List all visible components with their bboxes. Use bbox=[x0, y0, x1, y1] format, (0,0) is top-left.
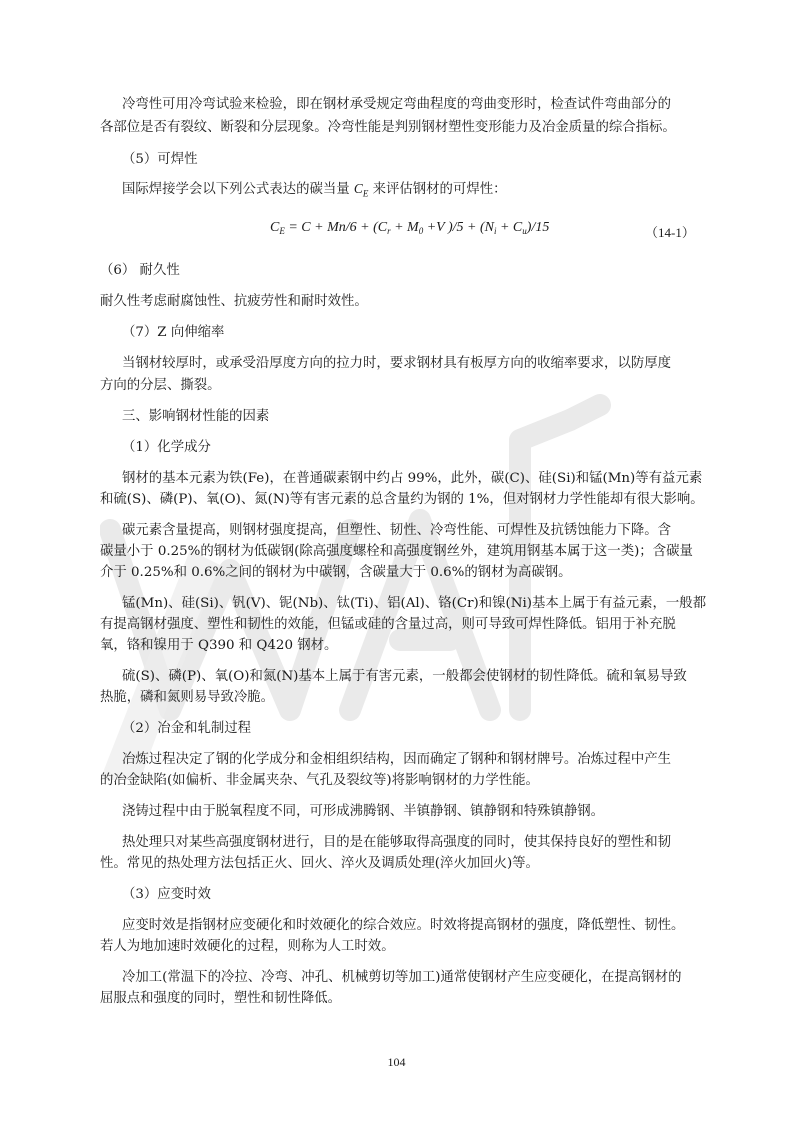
paragraph-line: 锰(Mn)、硅(Si)、钒(V)、铌(Nb)、钛(Ti)、铝(Al)、铬(Cr)… bbox=[122, 595, 706, 613]
paragraph-line: 国际焊接学会以下列公式表达的碳当量 CE 来评估钢材的可焊性： bbox=[122, 180, 507, 203]
text-span: 国际焊接学会以下列公式表达的碳当量 bbox=[122, 182, 354, 197]
formula-term: C bbox=[270, 220, 279, 235]
paragraph-line: 碳量小于 0.25%的钢材为低碳钢(除高强度螺栓和高强度钢丝外，建筑用钢基本属于… bbox=[100, 543, 693, 561]
formula-term: = C + Mn bbox=[285, 220, 346, 235]
paragraph-line: 硫(S)、磷(P)、氧(O)和氮(N)基本上属于有害元素，一般都会使钢材的韧性降… bbox=[122, 668, 687, 686]
section-heading-chemical: （1）化学成分 bbox=[122, 439, 211, 457]
section-heading-strain-aging: （3）应变时效 bbox=[122, 886, 211, 904]
paragraph-line: 热处理只对某些高强度钢材进行，目的是在能够取得高强度的同时，使其保持良好的塑性和… bbox=[122, 834, 671, 852]
carbon-equivalent-formula: CE = C + Mn/6 + (Cr + M0 +V )/5 + (Ni + … bbox=[270, 219, 549, 240]
paragraph-line: 冷加工(常温下的冷拉、冷弯、冲孔、机械剪切等加工)通常使钢材产生应变硬化，在提高… bbox=[122, 969, 681, 987]
paragraph-line: 当钢材较厚时，或承受沿厚度方向的拉力时，要求钢材具有板厚方向的收缩率要求，以防厚… bbox=[122, 355, 671, 373]
formula-term: + M bbox=[391, 220, 419, 235]
paragraph-line: 氧，铬和镍用于 Q390 和 Q420 钢材。 bbox=[100, 637, 337, 655]
formula-term: /6 + (C bbox=[346, 220, 387, 235]
section-heading-z-direction: （7）Z 向伸缩率 bbox=[122, 324, 224, 342]
paragraph-line: 钢材的基本元素为铁(Fe)，在普通碳素钢中约占 99%，此外，碳(C)、硅(Si… bbox=[122, 470, 702, 488]
paragraph-line: 和硫(S)、磷(P)、氧(O)、氮(N)等有害元素的总含量约为钢的 1%，但对钢… bbox=[100, 491, 704, 509]
equation-number: （14-1） bbox=[645, 224, 694, 242]
section-heading-weldability: （5）可焊性 bbox=[122, 151, 197, 169]
paragraph-line: 的冶金缺陷(如偏析、非金属夹杂、气孔及裂纹等)将影响钢材的力学性能。 bbox=[100, 772, 539, 790]
paragraph-line: 浇铸过程中由于脱氧程度不同，可形成沸腾钢、半镇静钢、镇静钢和特殊镇静钢。 bbox=[122, 803, 604, 821]
paragraph-line: 屈服点和强度的同时，塑性和韧性降低。 bbox=[100, 990, 341, 1008]
document-page: 冷弯性可用冷弯试验来检验，即在钢材承受规定弯曲程度的弯曲变形时，检查试件弯曲部分… bbox=[0, 0, 793, 1122]
paragraph-line: 热脆，磷和氮则易导致冷脆。 bbox=[100, 689, 274, 707]
paragraph-line: 若人为地加速时效硬化的过程，则称为人工时效。 bbox=[100, 938, 395, 956]
paragraph-line: 介于 0.25%和 0.6%之间的钢材为中碳钢，含碳量大于 0.6%的钢材为高碳… bbox=[100, 564, 572, 582]
chapter-heading-factors: 三、影响钢材性能的因素 bbox=[122, 408, 269, 426]
paragraph-line: 冷弯性可用冷弯试验来检验，即在钢材承受规定弯曲程度的弯曲变形时，检查试件弯曲部分… bbox=[122, 96, 671, 114]
paragraph-line: 性。常见的热处理方法包括正火、回火、淬火及调质处理(淬火加回火)等。 bbox=[100, 855, 539, 873]
formula-term: +V )/5 + (N bbox=[423, 220, 494, 235]
paragraph-line: 有提高钢材强度、塑性和韧性的效能，但锰或硅的含量过高，则可导致可焊性降低。铝用于… bbox=[100, 616, 676, 634]
section-heading-durability: （6） 耐久性 bbox=[100, 262, 180, 280]
paragraph-line: 应变时效是指钢材应变硬化和时效硬化的综合效应。时效将提高钢材的强度，降低塑性、韧… bbox=[122, 917, 684, 935]
page-number: 104 bbox=[0, 1055, 793, 1070]
paragraph-line: 各部位是否有裂纹、断裂和分层现象。冷弯性能是判别钢材塑性变形能力及冶金质量的综合… bbox=[100, 119, 676, 137]
formula-term: )/15 bbox=[527, 220, 550, 235]
formula-term: + C bbox=[496, 220, 522, 235]
paragraph-line: 碳元素含量提高，则钢材强度提高，但塑性、韧性、冷弯性能、可焊性及抗锈蚀能力下降。… bbox=[122, 522, 671, 540]
paragraph-line: 冶炼过程决定了钢的化学成分和金相组织结构，因而确定了钢种和钢材牌号。冶炼过程中产… bbox=[122, 751, 671, 769]
paragraph-line: 耐久性考虑耐腐蚀性、抗疲劳性和耐时效性。 bbox=[100, 293, 368, 311]
section-heading-metallurgy: （2）冶金和轧制过程 bbox=[122, 720, 251, 738]
text-span: 来评估钢材的可焊性： bbox=[368, 182, 506, 197]
paragraph-line: 方向的分层、撕裂。 bbox=[100, 377, 221, 395]
variable-ce: C bbox=[354, 181, 363, 196]
